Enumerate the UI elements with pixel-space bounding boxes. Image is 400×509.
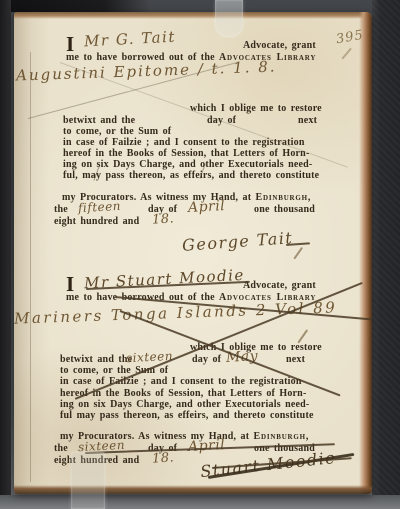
- background-surface: [0, 495, 400, 509]
- entry1-signature-handwritten: George Tait: [181, 228, 293, 255]
- entry2-advocate-grant: Advocate, grant: [243, 280, 316, 291]
- entry2-next-text: next: [286, 354, 305, 365]
- entry1-slash-mark: [293, 247, 302, 259]
- entry1-betwixt-text: betwixt and the: [63, 115, 135, 126]
- entry1-witness-day-handwritten: fifteen: [78, 199, 122, 215]
- book-binding-left: [0, 0, 11, 509]
- ink-slash-mark: [341, 48, 351, 60]
- entry1-witness-month-handwritten: April: [188, 198, 226, 216]
- entry2-dayof-text: day of: [192, 354, 221, 365]
- entry2-witness-month-handwritten: April: [188, 437, 226, 455]
- book-binding-top: [0, 0, 150, 12]
- entry1-hereof-line: hereof in the Books of Session, that Let…: [63, 148, 309, 159]
- entry1-ful-line: ful, may pass thereon, as effeirs, and t…: [63, 170, 319, 181]
- entry2-initial: I: [66, 274, 74, 294]
- entry1-next-text: next: [298, 115, 317, 126]
- conservation-tab-top: [215, 0, 243, 37]
- entry2-incase-line: in case of Failzie ; and I consent to th…: [60, 376, 302, 387]
- entry2-ing-line: ing on six Days Charge, and other Execut…: [60, 399, 309, 410]
- ledger-page: 395 I Mr G. Tait Advocate, grant me to h…: [14, 12, 372, 494]
- entry1-ing-line: ing on six Days Charge, and other Execut…: [63, 159, 312, 170]
- photographed-ledger-scene: 395 I Mr G. Tait Advocate, grant me to h…: [0, 0, 400, 509]
- entry1-year-handwritten: 18.: [152, 211, 175, 227]
- page-worn-edge-right: [359, 12, 372, 494]
- entry1-the-text: the: [54, 204, 68, 215]
- entry1-tocome-line: to come, or the Sum of: [63, 126, 171, 137]
- entry1-signature-flourish: [286, 242, 310, 245]
- entry2-betwixt-text: betwixt and the: [60, 354, 132, 365]
- page-worn-edge-bottom: [14, 485, 372, 494]
- entry1-onethousand-text: one thousand: [254, 204, 315, 215]
- entry2-year-handwritten: 18.: [152, 450, 175, 466]
- entry1-initial: I: [66, 34, 74, 54]
- entry2-the-text: the: [54, 443, 68, 454]
- entry1-borrower-name-handwritten: Mr G. Tait: [84, 28, 177, 51]
- entry2-ful-line: ful may pass thereon, as effeirs, and th…: [60, 410, 314, 421]
- entry2-edinburgh-smallcaps: Edinburgh,: [254, 431, 310, 442]
- entry1-oblige-line: which I oblige me to restore: [190, 103, 322, 114]
- entry1-eighthundred-text: eight hundred and: [54, 216, 139, 227]
- book-cover-right: [372, 0, 400, 509]
- page-worn-edge-top: [14, 12, 372, 19]
- entry1-advocate-grant: Advocate, grant: [243, 40, 316, 51]
- conservation-tab-bottom: [71, 452, 105, 509]
- entry1-edinburgh-smallcaps: Edinburgh,: [256, 192, 312, 203]
